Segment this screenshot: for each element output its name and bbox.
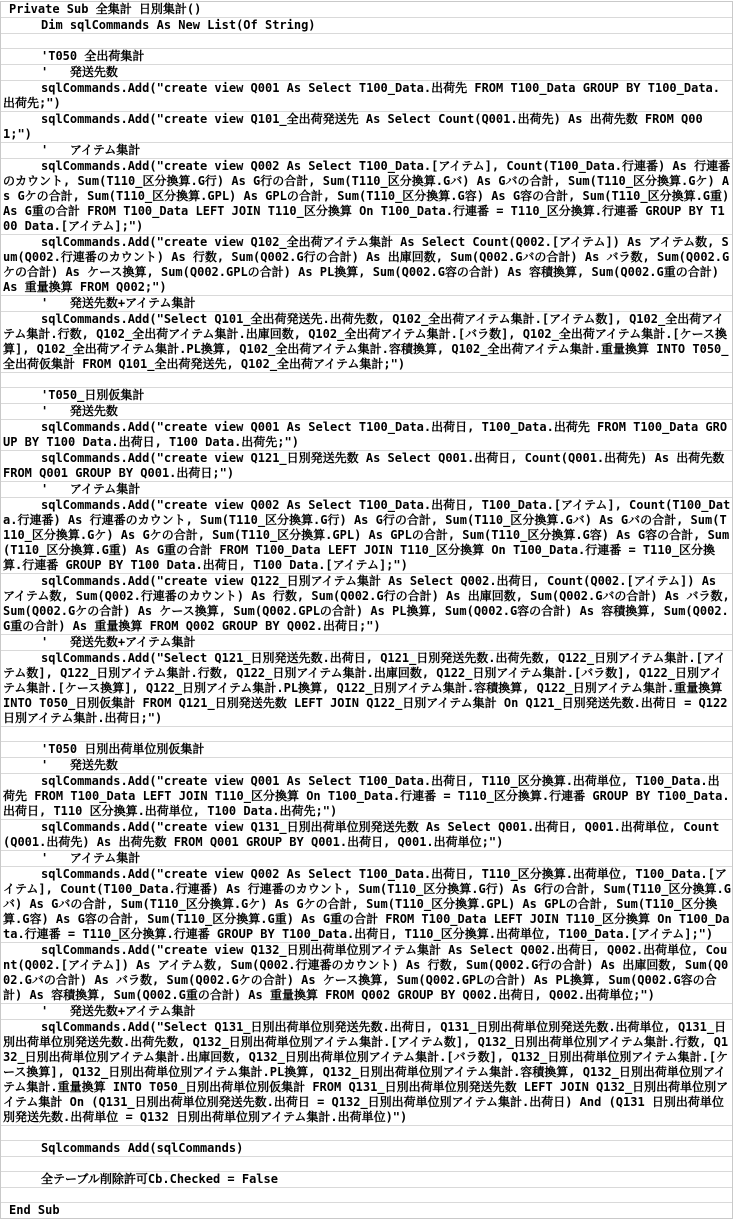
code-line: sqlCommands.Add("create view Q101_全出荷発送先… [1, 112, 732, 143]
code-line: sqlCommands.Add("create view Q002 As Sel… [1, 867, 732, 943]
code-line: sqlCommands.Add("create view Q122_日別アイテム… [1, 574, 732, 635]
code-line: sqlCommands.Add("Select Q101_全出荷発送先.出荷先数… [1, 312, 732, 373]
blank-line [1, 727, 732, 742]
code-line: 全テーブル削除許可Cb.Checked = False [1, 1172, 732, 1188]
blank-line [1, 1126, 732, 1141]
code-line: sqlCommands.Add("Select Q131_日別出荷単位別発送先数… [1, 1020, 732, 1126]
comment-line: 'T050_日別仮集計 [1, 388, 732, 404]
comment-line: ' アイテム集計 [1, 851, 732, 867]
code-line: sqlCommands.Add("create view Q001 As Sel… [1, 420, 732, 451]
code-line: sqlCommands.Add("create view Q001 As Sel… [1, 774, 732, 820]
code-line: sqlCommands.Add("create view Q121_日別発送先数… [1, 451, 732, 482]
code-line: sqlCommands.Add("create view Q002 As Sel… [1, 498, 732, 574]
blank-line [1, 34, 732, 49]
comment-line: ' 発送先数 [1, 65, 732, 81]
code-listing: Private Sub 全集計 日別集計()Dim sqlCommands As… [0, 1, 733, 1219]
code-line: End Sub [1, 1203, 732, 1218]
code-line: Sqlcommands Add(sqlCommands) [1, 1141, 732, 1157]
code-line: sqlCommands.Add("create view Q132_日別出荷単位… [1, 943, 732, 1004]
comment-line: 'T050 日別出荷単位別仮集計 [1, 742, 732, 758]
code-line: Dim sqlCommands As New List(Of String) [1, 18, 732, 34]
code-line: Private Sub 全集計 日別集計() [1, 2, 732, 18]
comment-line: ' 発送先数+アイテム集計 [1, 296, 732, 312]
comment-line: 'T050 全出荷集計 [1, 49, 732, 65]
blank-line [1, 1157, 732, 1172]
comment-line: ' アイテム集計 [1, 482, 732, 498]
comment-line: ' アイテム集計 [1, 143, 732, 159]
comment-line: ' 発送先数 [1, 758, 732, 774]
code-line: sqlCommands.Add("Select Q121_日別発送先数.出荷日,… [1, 651, 732, 727]
comment-line: ' 発送先数+アイテム集計 [1, 1004, 732, 1020]
code-line: sqlCommands.Add("create view Q002 As Sel… [1, 159, 732, 235]
comment-line: ' 発送先数 [1, 404, 732, 420]
blank-line [1, 373, 732, 388]
blank-line [1, 1188, 732, 1203]
comment-line: ' 発送先数+アイテム集計 [1, 635, 732, 651]
code-line: sqlCommands.Add("create view Q102_全出荷アイテ… [1, 235, 732, 296]
code-line: sqlCommands.Add("create view Q001 As Sel… [1, 81, 732, 112]
code-line: sqlCommands.Add("create view Q131_日別出荷単位… [1, 820, 732, 851]
